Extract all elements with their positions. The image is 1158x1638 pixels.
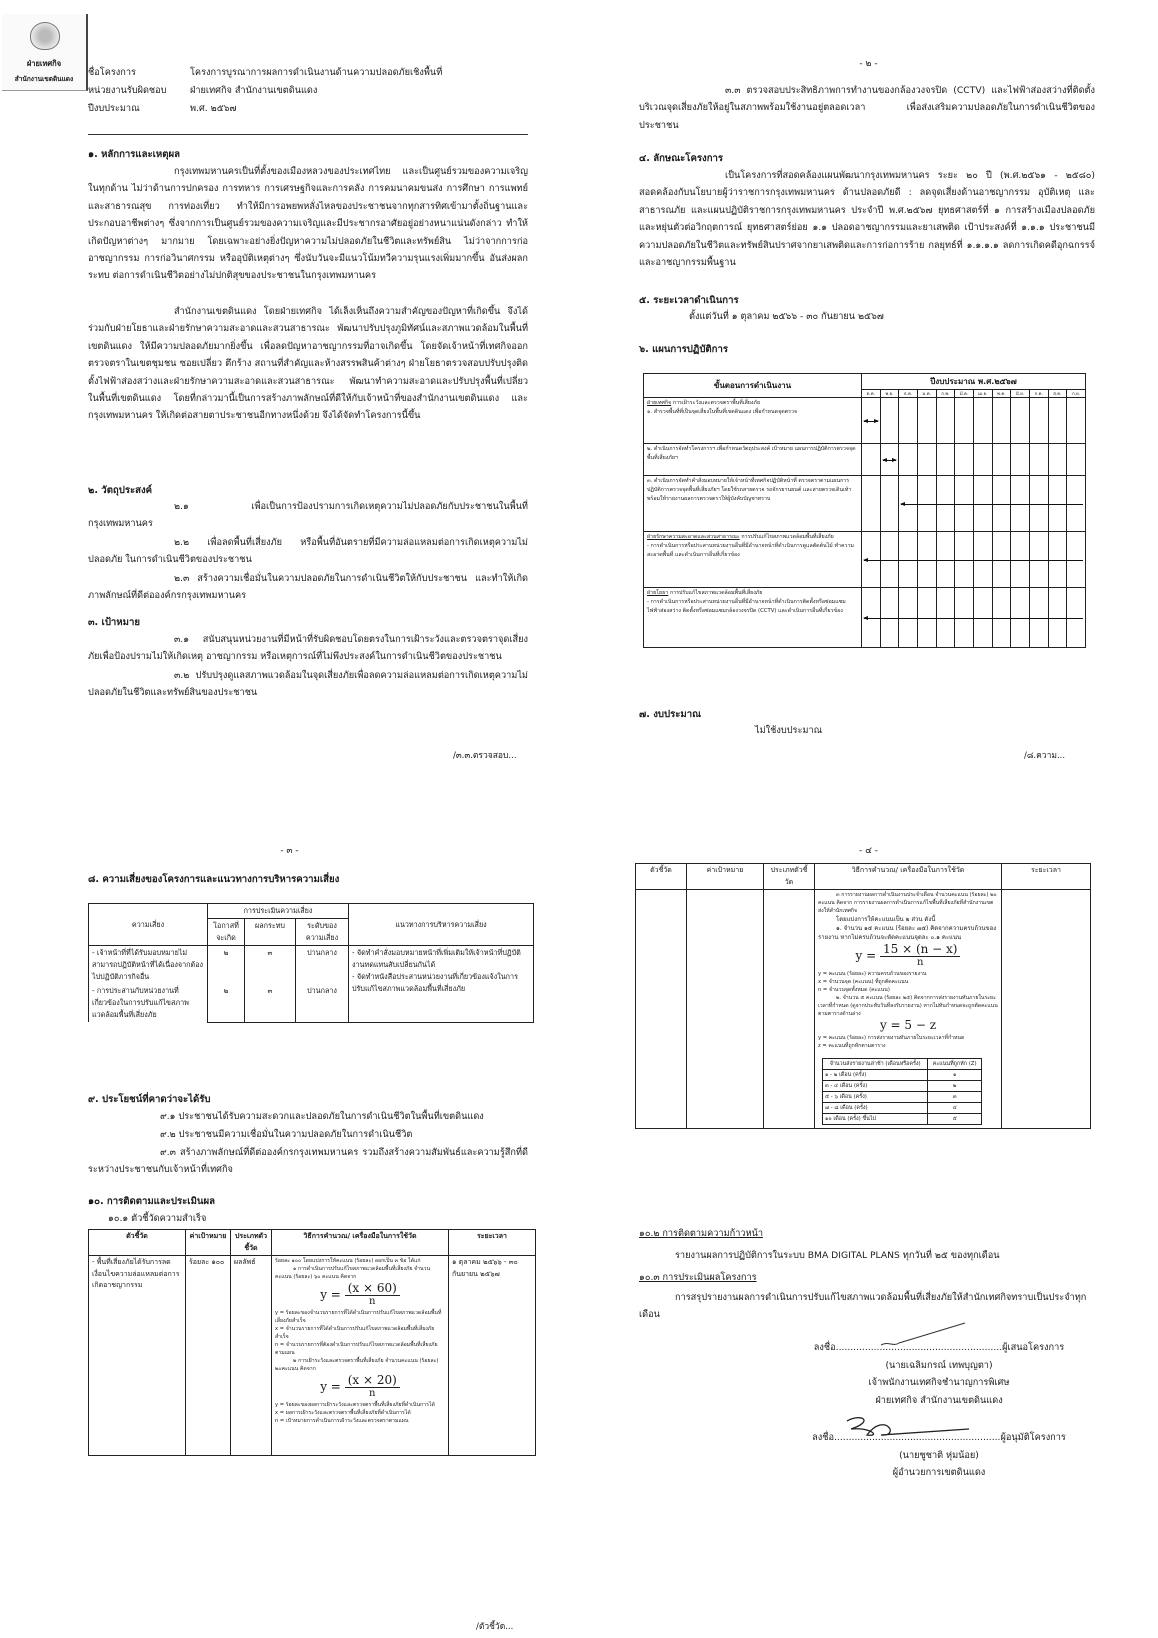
month-cell: [1029, 398, 1048, 444]
timeline-arrow-icon: [883, 460, 897, 461]
page-3: - ๓ - ๘. ความเสี่ยงของโครงการและแนวทางกา…: [0, 819, 579, 1638]
approver-position: ผู้อำนวยการเขตดินแดง: [779, 1464, 1099, 1482]
legend-y: y = คะแนน (ร้อยละ) ความครบถ้วนของรายงาน: [818, 970, 998, 978]
month-cell: [861, 476, 880, 532]
section-10-1-title: ๑๐.๑ ตัวชี้วัดความสำเร็จ: [108, 1210, 206, 1227]
legend-y: y = ร้อยละของผลการเฝ้าระวังและตรวจตราพื้…: [275, 1401, 445, 1409]
month-cell: [1067, 444, 1086, 476]
month-header: ส.ค.: [1048, 390, 1067, 398]
month-cell: [1048, 444, 1067, 476]
section-3-title: ๓. เป้าหมาย: [88, 614, 140, 631]
method-3: ๓ การรายงานผลการดำเนินงานประจำเดือน จำนว…: [818, 891, 998, 915]
month-header: มิ.ย.: [1011, 390, 1030, 398]
month-cell: [1011, 398, 1030, 444]
risk-header: ความเสี่ยง: [89, 904, 208, 946]
section-5-text: ตั้งแต่วันที่ ๑ ตุลาคม ๒๕๖๖ - ๓๐ กันยายน…: [689, 308, 884, 325]
table-row: ฝ่ายโยธา การปรับแก้ไขสภาพแวดล้อมพื้นที่เ…: [644, 588, 1086, 648]
deduction-cell: ๔: [928, 1102, 982, 1113]
bma-emblem-icon: [30, 22, 60, 50]
section-10-2-text: รายงานผลการปฏิบัติการในระบบ BMA DIGITAL …: [675, 1247, 1000, 1264]
month-header: ก.ย.: [1067, 390, 1086, 398]
section-2-title: ๒. วัตถุประสงค์: [88, 482, 152, 499]
formula-1: y = (x × 60)n: [275, 1283, 445, 1307]
proposer-name: (นายเฉลิมกรณ์ เทพบุญตา): [779, 1357, 1099, 1375]
formula-4: y = 5 − z: [818, 1020, 998, 1032]
month-cell: [992, 532, 1011, 588]
delay-cell: ๓ - ๔ เดือน (ครั้ง): [823, 1080, 928, 1091]
period-cell: ๑ ตุลาคม ๒๕๖๖ - ๓๐ กันยายน ๒๕๖๗: [449, 1256, 536, 1456]
objective-2-3: ๒.๓ สร้างความเชื่อมั่นในความปลอดภัยในการ…: [88, 570, 528, 605]
type-header: ประเภทตัวชี้วัด: [231, 1230, 272, 1256]
month-header: พ.ย.: [880, 390, 899, 398]
legend-x: x = จำนวนรายการที่ได้ดำเนินการปรับแก้ไขส…: [275, 1325, 445, 1341]
month-cell: [955, 398, 974, 444]
table-row: ๓ - ๔ เดือน (ครั้ง)๒: [823, 1080, 982, 1091]
benefit-9-1: ๙.๑ ประชาชนได้รับความสะดวกและปลอดภัยในกา…: [160, 1108, 484, 1125]
step-cell: ๒. ดำเนินการจัดทำโครงการฯ เพื่อกำหนดวัตถ…: [644, 444, 862, 476]
month-cell: [1067, 532, 1086, 588]
step-cell: ๓. ดำเนินการจัดทำคำสั่งมอบหมายให้เจ้าหน้…: [644, 476, 862, 532]
mitigation-cell: - จัดทำคำสั่งมอบหมายหน้าที่เพิ่มเติมให้เ…: [352, 947, 530, 971]
type-header: ประเภทตัวชี้วัด: [764, 864, 815, 890]
month-cell: [1011, 532, 1030, 588]
table-row: - พื้นที่เสี่ยงภัยได้รับการลดเงื่อนไขควา…: [89, 1256, 536, 1456]
legend-y: y = ร้อยละของจำนวนรายการที่ได้ดำเนินการป…: [275, 1309, 445, 1325]
month-header: พ.ค.: [992, 390, 1011, 398]
month-cell: [899, 476, 918, 532]
mitigation-cell: - จัดทำหนังสือประสานหน่วยงานที่เกี่ยวข้อ…: [352, 971, 530, 995]
benefit-9-3: ๙.๓ สร้างภาพลักษณ์ที่ดีต่อองค์กรกรุงเทพม…: [88, 1144, 528, 1179]
month-cell: [936, 532, 955, 588]
month-header: เม.ย.: [973, 390, 992, 398]
header-value-project: โครงการบูรณาการผลการดำเนินงานด้านความปลอ…: [190, 64, 442, 81]
month-cell: [1029, 588, 1048, 648]
step-header: ขั้นตอนการดำเนินงาน: [644, 374, 862, 398]
month-cell: [1011, 588, 1030, 648]
risk-cell: - การประสานกับหน่วยงานที่เกี่ยวข้องในการ…: [92, 985, 204, 1021]
legend-y: y = คะแนน (ร้อยละ) การส่งรายงานทันภายในร…: [818, 1034, 998, 1042]
penalty-table: จำนวนส่งรายงานล่าช้า (เดือนหรือครั้ง)คะแ…: [822, 1058, 982, 1125]
month-cell: [955, 444, 974, 476]
page-2-continuation: /๘.ความ...: [1024, 748, 1065, 765]
page-1-continuation: /๓.๓.ตรวจสอบ...: [453, 748, 517, 765]
header-value-year: พ.ศ. ๒๕๖๗: [190, 100, 236, 117]
month-cell: [861, 444, 880, 476]
month-cell: [1048, 398, 1067, 444]
method-cell: ๓ การรายงานผลการดำเนินงานประจำเดือน จำนว…: [815, 890, 1002, 1129]
month-cell: [917, 398, 936, 444]
proposer-unit: ฝ่ายเทศกิจ สำนักงานเขตดินแดง: [779, 1392, 1099, 1410]
month-cell: [899, 532, 918, 588]
header-label-project: ชื่อโครงการ: [88, 64, 136, 81]
table-row: ๑๐ เดือน (ครั้ง) ขึ้นไป๕: [823, 1113, 982, 1124]
logo-stamp: ฝ่ายเทศกิจ สำนักงานเขตดินแดง: [2, 14, 88, 91]
month-cell: [973, 532, 992, 588]
month-cell: [992, 476, 1011, 532]
page-1: ฝ่ายเทศกิจ สำนักงานเขตดินแดง ชื่อโครงการ…: [0, 0, 579, 819]
month-cell: [992, 588, 1011, 648]
table-row: ๗ - ๘ เดือน (ครั้ง)๔: [823, 1102, 982, 1113]
penalty-header: คะแนนที่ถูกหัก (Z): [928, 1058, 982, 1069]
month-cell: [861, 532, 880, 588]
section-10-3-text: การสรุปรายงานผลการดำเนินการปรับแก้ไขสภาพ…: [639, 1289, 1095, 1324]
section-10-2-title: ๑๐.๒ การติดตามความก้าวหน้า: [639, 1225, 763, 1242]
month-cell: [1067, 398, 1086, 444]
impact-header: ผลกระทบ: [245, 919, 296, 946]
header-label-year: ปีงบประมาณ: [88, 100, 140, 117]
month-cell: [992, 398, 1011, 444]
risk-table: ความเสี่ยง การประเมินความเสี่ยง แนวทางกา…: [88, 903, 534, 1023]
month-cell: [1067, 588, 1086, 648]
penalty-header: จำนวนส่งรายงานล่าช้า (เดือนหรือครั้ง): [823, 1058, 928, 1069]
step-cell: ฝ่ายรักษาความสะอาดและสวนสาธารณะ การปรับแ…: [644, 532, 862, 588]
formula-2: y = (x × 20)n: [275, 1375, 445, 1399]
section-4-title: ๔. ลักษณะโครงการ: [639, 150, 723, 167]
section-8-title: ๘. ความเสี่ยงของโครงการและแนวทางการบริหา…: [88, 871, 339, 888]
timeline-arrow-icon: [864, 421, 878, 422]
month-header: ม.ค.: [917, 390, 936, 398]
legend-n: n = เป้าหมายการดำเนินการเฝ้าระวังและตรวจ…: [275, 1417, 445, 1425]
logo-line-1: ฝ่ายเทศกิจ: [2, 58, 86, 70]
section-1-paragraph-2: สำนักงานเขตดินแดง โดยฝ่ายเทศกิจ ได้เล็งเ…: [88, 303, 528, 425]
period-header: ระยะเวลา: [1002, 864, 1091, 890]
month-cell: [880, 476, 899, 532]
month-cell: [1048, 588, 1067, 648]
mitigation-header: แนวทางการบริหารความเสี่ยง: [349, 904, 534, 946]
month-cell: [899, 444, 918, 476]
legend-n: n = จำนวนจุดทั้งหมด (คะแนน): [818, 986, 998, 994]
page-4: - ๔ - ตัวชี้วัด ค่าเป้าหมาย ประเภทตัวชี้…: [579, 819, 1158, 1638]
approver-name: (นายชูชาติ หุ่มน้อย): [779, 1447, 1099, 1465]
formula-3: y = 15 × (n − x)n: [818, 944, 998, 968]
benefit-9-2: ๙.๒ ประชาชนมีความเชื่อมั่นในความปลอดภัยใ…: [160, 1126, 412, 1143]
month-cell: [973, 588, 992, 648]
section-1-title: ๑. หลักการและเหตุผล: [88, 146, 180, 163]
month-cell: [880, 444, 899, 476]
indicator-header: ตัวชี้วัด: [636, 864, 687, 890]
level-cell: ปานกลาง: [299, 985, 345, 997]
proposer-signature-block: ลงชื่อ..................................…: [779, 1339, 1099, 1409]
table-row: ฝ่ายรักษาความสะอาดและสวนสาธารณะ การปรับแ…: [644, 532, 1086, 588]
method-1: ๑ การดำเนินการปรับแก้ไขสภาพแวดล้อมพื้นที…: [275, 1265, 445, 1281]
objective-2-1: ๒.๑ เพื่อเป็นการป้องปรามการเกิดเหตุความไ…: [88, 498, 528, 533]
month-header: ธ.ค.: [899, 390, 918, 398]
risk-cell: - เจ้าหน้าที่ที่ได้รับมอบหมายไม่สามารถปฏ…: [92, 947, 204, 983]
target-header: ค่าเป้าหมาย: [687, 864, 764, 890]
month-cell: [936, 476, 955, 532]
month-cell: [955, 532, 974, 588]
month-cell: [917, 476, 936, 532]
method-header: วิธีการคำนวณ/ เครื่องมือในการใช้วัด: [272, 1230, 449, 1256]
month-cell: [917, 532, 936, 588]
indicator-header: ตัวชี้วัด: [89, 1230, 186, 1256]
likelihood-header: โอกาสที่จะเกิด: [208, 919, 245, 946]
header-label-unit: หน่วยงานรับผิดชอบ: [88, 82, 167, 99]
table-row: ๓. ดำเนินการจัดทำคำสั่งมอบหมายให้เจ้าหน้…: [644, 476, 1086, 532]
part-2: ๒. จำนวน ๕ คะแนน (ร้อยละ ๒๕) คิดจากการส่…: [818, 994, 998, 1018]
table-row: ๑ - ๒ เดือน (ครั้ง)๑: [823, 1069, 982, 1080]
target-header: ค่าเป้าหมาย: [186, 1230, 231, 1256]
approver-signature-icon: [841, 1415, 971, 1441]
deduction-cell: ๒: [928, 1080, 982, 1091]
month-cell: [955, 588, 974, 648]
page-number: - ๓ -: [0, 843, 579, 857]
month-header: ต.ค.: [861, 390, 880, 398]
period-header: ระยะเวลา: [449, 1230, 536, 1256]
target-3-2: ๓.๒ ปรับปรุงดูแลสภาพแวดล้อมในจุดเสี่ยงภั…: [88, 667, 528, 702]
month-cell: [936, 444, 955, 476]
target-3-3: ๓.๓ ตรวจสอบประสิทธิภาพการทำงานของกล้องวง…: [639, 82, 1095, 134]
method-3-split: โดยแบ่งการให้คะแนนเป็น ๒ ส่วน ดังนี้: [818, 915, 998, 924]
header-value-unit: ฝ่ายเทศกิจ สำนักงานเขตดินแดง: [190, 82, 317, 99]
method-cell: ร้อยละ ๑๐๐ โดยแบ่งการให้คะแนน (ร้อยละ) อ…: [272, 1256, 449, 1456]
indicator-cell: - พื้นที่เสี่ยงภัยได้รับการลดเงื่อนไขควา…: [89, 1256, 186, 1456]
target-3-1: ๓.๑ สนับสนุนหน่วยงานที่มีหน้าที่รับผิดชอ…: [88, 631, 528, 666]
method-2: ๒ การเฝ้าระวังและตรวจตราพื้นที่เสี่ยงภัย…: [275, 1357, 445, 1373]
month-cell: [955, 476, 974, 532]
objective-2-2: ๒.๒ เพื่อลดพื้นที่เสี่ยงภัย หรือพื้นที่อ…: [88, 534, 528, 569]
month-cell: [861, 588, 880, 648]
month-cell: [880, 398, 899, 444]
impact-cell: ๓: [248, 985, 292, 997]
likelihood-cell: ๒: [211, 947, 241, 959]
legend-n: n = จำนวนรายการที่ต้องดำเนินการปรับแก้ไข…: [275, 1341, 445, 1357]
level-header: ระดับของความเสี่ยง: [296, 919, 349, 946]
table-row: - เจ้าหน้าที่ที่ได้รับมอบหมายไม่สามารถปฏ…: [89, 946, 534, 1023]
section-5-title: ๕. ระยะเวลาดำเนินการ: [639, 292, 739, 309]
month-header: ก.พ.: [936, 390, 955, 398]
target-cell: ร้อยละ ๑๐๐: [186, 1256, 231, 1456]
month-cell: [1029, 476, 1048, 532]
deduction-cell: ๕: [928, 1113, 982, 1124]
section-7-title: ๗. งบประมาณ: [639, 706, 701, 723]
year-header: ปีงบประมาณ พ.ศ.๒๕๖๗: [861, 374, 1085, 390]
month-cell: [1011, 444, 1030, 476]
month-cell: [992, 444, 1011, 476]
month-cell: [936, 398, 955, 444]
indicator-table: ตัวชี้วัด ค่าเป้าหมาย ประเภทตัวชี้วัด วิ…: [88, 1229, 536, 1456]
month-cell: [1011, 476, 1030, 532]
delay-cell: ๗ - ๘ เดือน (ครั้ง): [823, 1102, 928, 1113]
page-3-continuation: /ตัวชี้วัด...: [476, 1619, 513, 1636]
legend-x: x = จำนวนจุด (คะแนน) ที่ถูกตัดคะแนน: [818, 978, 998, 986]
month-cell: [936, 588, 955, 648]
delay-cell: ๕ - ๖ เดือน (ครั้ง): [823, 1091, 928, 1102]
month-cell: [917, 588, 936, 648]
month-cell: [1029, 444, 1048, 476]
table-row: ๓ การรายงานผลการดำเนินงานประจำเดือน จำนว…: [636, 890, 1091, 1129]
deduction-cell: ๑: [928, 1069, 982, 1080]
month-cell: [1048, 476, 1067, 532]
month-cell: [973, 444, 992, 476]
action-plan-table: ขั้นตอนการดำเนินงาน ปีงบประมาณ พ.ศ.๒๕๖๗ …: [643, 373, 1086, 648]
page-number: - ๒ -: [579, 56, 1158, 70]
logo-line-2: สำนักงานเขตดินแดง: [2, 74, 86, 84]
header-divider: [88, 134, 528, 135]
delay-cell: ๑ - ๒ เดือน (ครั้ง): [823, 1069, 928, 1080]
table-row: ๕ - ๖ เดือน (ครั้ง)๓: [823, 1091, 982, 1102]
month-cell: [973, 476, 992, 532]
step-cell: ฝ่ายโยธา การปรับแก้ไขสภาพแวดล้อมพื้นที่เ…: [644, 588, 862, 648]
proposer-position: เจ้าพนักงานเทศกิจชำนาญการพิเศษ: [779, 1374, 1099, 1392]
likelihood-cell: ๒: [211, 985, 241, 997]
month-cell: [917, 444, 936, 476]
section-4-text: เป็นโครงการที่สอดคล้องแผนพัฒนากรุงเทพมหา…: [639, 167, 1095, 271]
section-10-3-title: ๑๐.๓ การประเมินผลโครงการ: [639, 1269, 757, 1286]
page-2: - ๒ - ๓.๓ ตรวจสอบประสิทธิภาพการทำงานของก…: [579, 0, 1158, 819]
type-cell: ผลลัพธ์: [231, 1256, 272, 1456]
month-cell: [973, 398, 992, 444]
section-9-title: ๙. ประโยชน์ที่คาดว่าจะได้รับ: [88, 1091, 210, 1108]
month-cell: [1067, 476, 1086, 532]
legend-x: x = ผลการเฝ้าระวังและตรวจตราพื้นที่เสี่ย…: [275, 1409, 445, 1417]
month-header: ก.ค.: [1029, 390, 1048, 398]
month-cell: [880, 532, 899, 588]
method-header: วิธีการคำนวณ/ เครื่องมือในการใช้วัด: [815, 864, 1002, 890]
section-7-text: ไม่ใช้งบประมาณ: [755, 722, 822, 739]
proposer-signature-icon: [879, 1319, 969, 1349]
table-row: ๒. ดำเนินการจัดทำโครงการฯ เพื่อกำหนดวัตถ…: [644, 444, 1086, 476]
section-6-title: ๖. แผนการปฏิบัติการ: [639, 341, 728, 358]
deduction-cell: ๓: [928, 1091, 982, 1102]
section-1-paragraph-1: กรุงเทพมหานครเป็นที่ตั้งของเมืองหลวงของป…: [88, 163, 528, 285]
impact-cell: ๓: [248, 947, 292, 959]
month-cell: [1029, 532, 1048, 588]
assessment-header: การประเมินความเสี่ยง: [208, 904, 349, 919]
table-row: ฝ่ายเทศกิจ การเฝ้าระวังและตรวจตราพื้นที่…: [644, 398, 1086, 444]
month-cell: [899, 398, 918, 444]
month-cell: [861, 398, 880, 444]
section-10-title: ๑๐. การติดตามและประเมินผล: [88, 1193, 215, 1210]
page-number: - ๔ -: [579, 843, 1158, 857]
month-header: มี.ค.: [955, 390, 974, 398]
method-intro: ร้อยละ ๑๐๐ โดยแบ่งการให้คะแนน (ร้อยละ) อ…: [275, 1257, 445, 1265]
month-cell: [1048, 532, 1067, 588]
legend-z: z = คะแนนที่ถูกหักตามตาราง: [818, 1042, 998, 1050]
part-1: ๑. จำนวน ๑๕ คะแนน (ร้อยละ ๗๕) คิดจากความ…: [818, 924, 998, 942]
delay-cell: ๑๐ เดือน (ครั้ง) ขึ้นไป: [823, 1113, 928, 1124]
indicator-table-continued: ตัวชี้วัด ค่าเป้าหมาย ประเภทตัวชี้วัด วิ…: [635, 863, 1091, 1129]
month-cell: [899, 588, 918, 648]
month-cell: [880, 588, 899, 648]
level-cell: ปานกลาง: [299, 947, 345, 959]
step-cell: ฝ่ายเทศกิจ การเฝ้าระวังและตรวจตราพื้นที่…: [644, 398, 862, 444]
